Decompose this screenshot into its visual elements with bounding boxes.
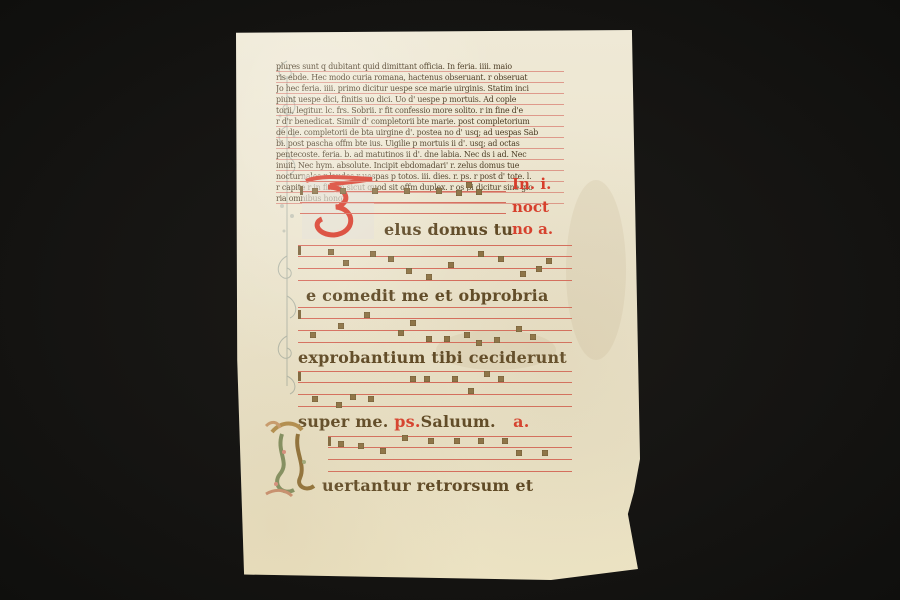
neume xyxy=(498,376,504,382)
neume xyxy=(452,376,458,382)
chant-text-line-4: super me. ps.Saluum. a. xyxy=(298,412,529,431)
neume xyxy=(502,438,508,444)
chant-text-line-2: e comedit me et obprobria xyxy=(306,286,549,305)
neume xyxy=(448,262,454,268)
neume xyxy=(312,396,318,402)
music-staff-4 xyxy=(298,370,572,410)
neume xyxy=(380,448,386,454)
margin-rubric-3: no a. xyxy=(512,220,553,238)
neume xyxy=(520,271,526,277)
neume xyxy=(530,334,536,340)
text-line: Jo hec feria. iiii. primo dicitur uespe … xyxy=(276,83,564,94)
text-line: torii, legitur. lc. frs. Sobrii. r fit c… xyxy=(276,105,564,116)
neume xyxy=(456,190,462,196)
foliate-initial-a xyxy=(262,412,322,502)
clef-icon xyxy=(298,310,301,319)
neume xyxy=(424,376,430,382)
clef-icon xyxy=(298,246,301,255)
neume xyxy=(426,274,432,280)
neume xyxy=(338,441,344,447)
neume xyxy=(546,258,552,264)
neume xyxy=(542,450,548,456)
neume xyxy=(328,249,334,255)
text-line: pentecoste. feria. b. ad matutinos ii d'… xyxy=(276,149,564,160)
neume xyxy=(478,251,484,257)
chant-text-line-1: elus domus tu xyxy=(384,220,513,239)
neume xyxy=(466,182,472,188)
neume xyxy=(516,326,522,332)
music-staff-3 xyxy=(298,306,572,346)
neume xyxy=(410,320,416,326)
neume xyxy=(476,340,482,346)
neume xyxy=(310,332,316,338)
chant-text-line-3: exprobantium tibi ceciderunt xyxy=(298,348,567,367)
neume xyxy=(370,251,376,257)
text-line: plures sunt q dubitant quid dimittant of… xyxy=(276,61,564,72)
chant-text-line-5: uertantur retrorsum et xyxy=(322,476,533,495)
neume xyxy=(338,323,344,329)
music-staff-1 xyxy=(300,180,506,220)
neume xyxy=(498,256,504,262)
neume xyxy=(428,438,434,444)
margin-rubric-2: noct xyxy=(512,198,549,216)
clef-icon xyxy=(298,372,301,381)
neume xyxy=(494,337,500,343)
neume xyxy=(388,256,394,262)
neume xyxy=(372,188,378,194)
psalm-rubric: ps. xyxy=(394,412,420,431)
neume xyxy=(312,188,318,194)
parchment-stain xyxy=(566,180,626,360)
text-line: ris ebde. Hec modo curia romana, hactenu… xyxy=(276,72,564,83)
text-line: piunt uespe dici, finitis uo dici. Uo d'… xyxy=(276,94,564,105)
neume xyxy=(340,188,346,194)
neume xyxy=(398,330,404,336)
neume xyxy=(364,312,370,318)
text-line: r d'r benedicat. Similr d' completorii b… xyxy=(276,116,564,127)
neume xyxy=(478,438,484,444)
neume xyxy=(536,266,542,272)
neume xyxy=(484,371,490,377)
clef-icon xyxy=(328,437,331,446)
neume xyxy=(516,450,522,456)
neume xyxy=(343,260,349,266)
neume xyxy=(464,332,470,338)
chant-text: Saluum. xyxy=(421,412,496,431)
neume xyxy=(468,388,474,394)
music-staff-5 xyxy=(328,435,572,475)
neume xyxy=(454,438,460,444)
text-line: de die. completorii de bta uirgine d'. p… xyxy=(276,127,564,138)
neume xyxy=(402,435,408,441)
neume xyxy=(426,336,432,342)
neume xyxy=(406,268,412,274)
manuscript-leaf: plures sunt q dubitant quid dimittant of… xyxy=(236,30,640,580)
text-line: bi. post pascha offm bte ius. Uigilie p … xyxy=(276,138,564,149)
neume xyxy=(404,188,410,194)
neume xyxy=(350,394,356,400)
neume xyxy=(476,189,482,195)
antiphon-rubric: a. xyxy=(513,412,529,431)
margin-rubric-1: In. i. xyxy=(512,175,551,193)
neume xyxy=(336,402,342,408)
neume xyxy=(358,443,364,449)
neume xyxy=(444,336,450,342)
text-line: inuit. Nec hym. absolute. Incipit ebdoma… xyxy=(276,160,564,171)
clef-icon xyxy=(300,186,303,195)
music-staff-2 xyxy=(298,244,572,284)
neume xyxy=(410,376,416,382)
neume xyxy=(436,188,442,194)
neume xyxy=(368,396,374,402)
